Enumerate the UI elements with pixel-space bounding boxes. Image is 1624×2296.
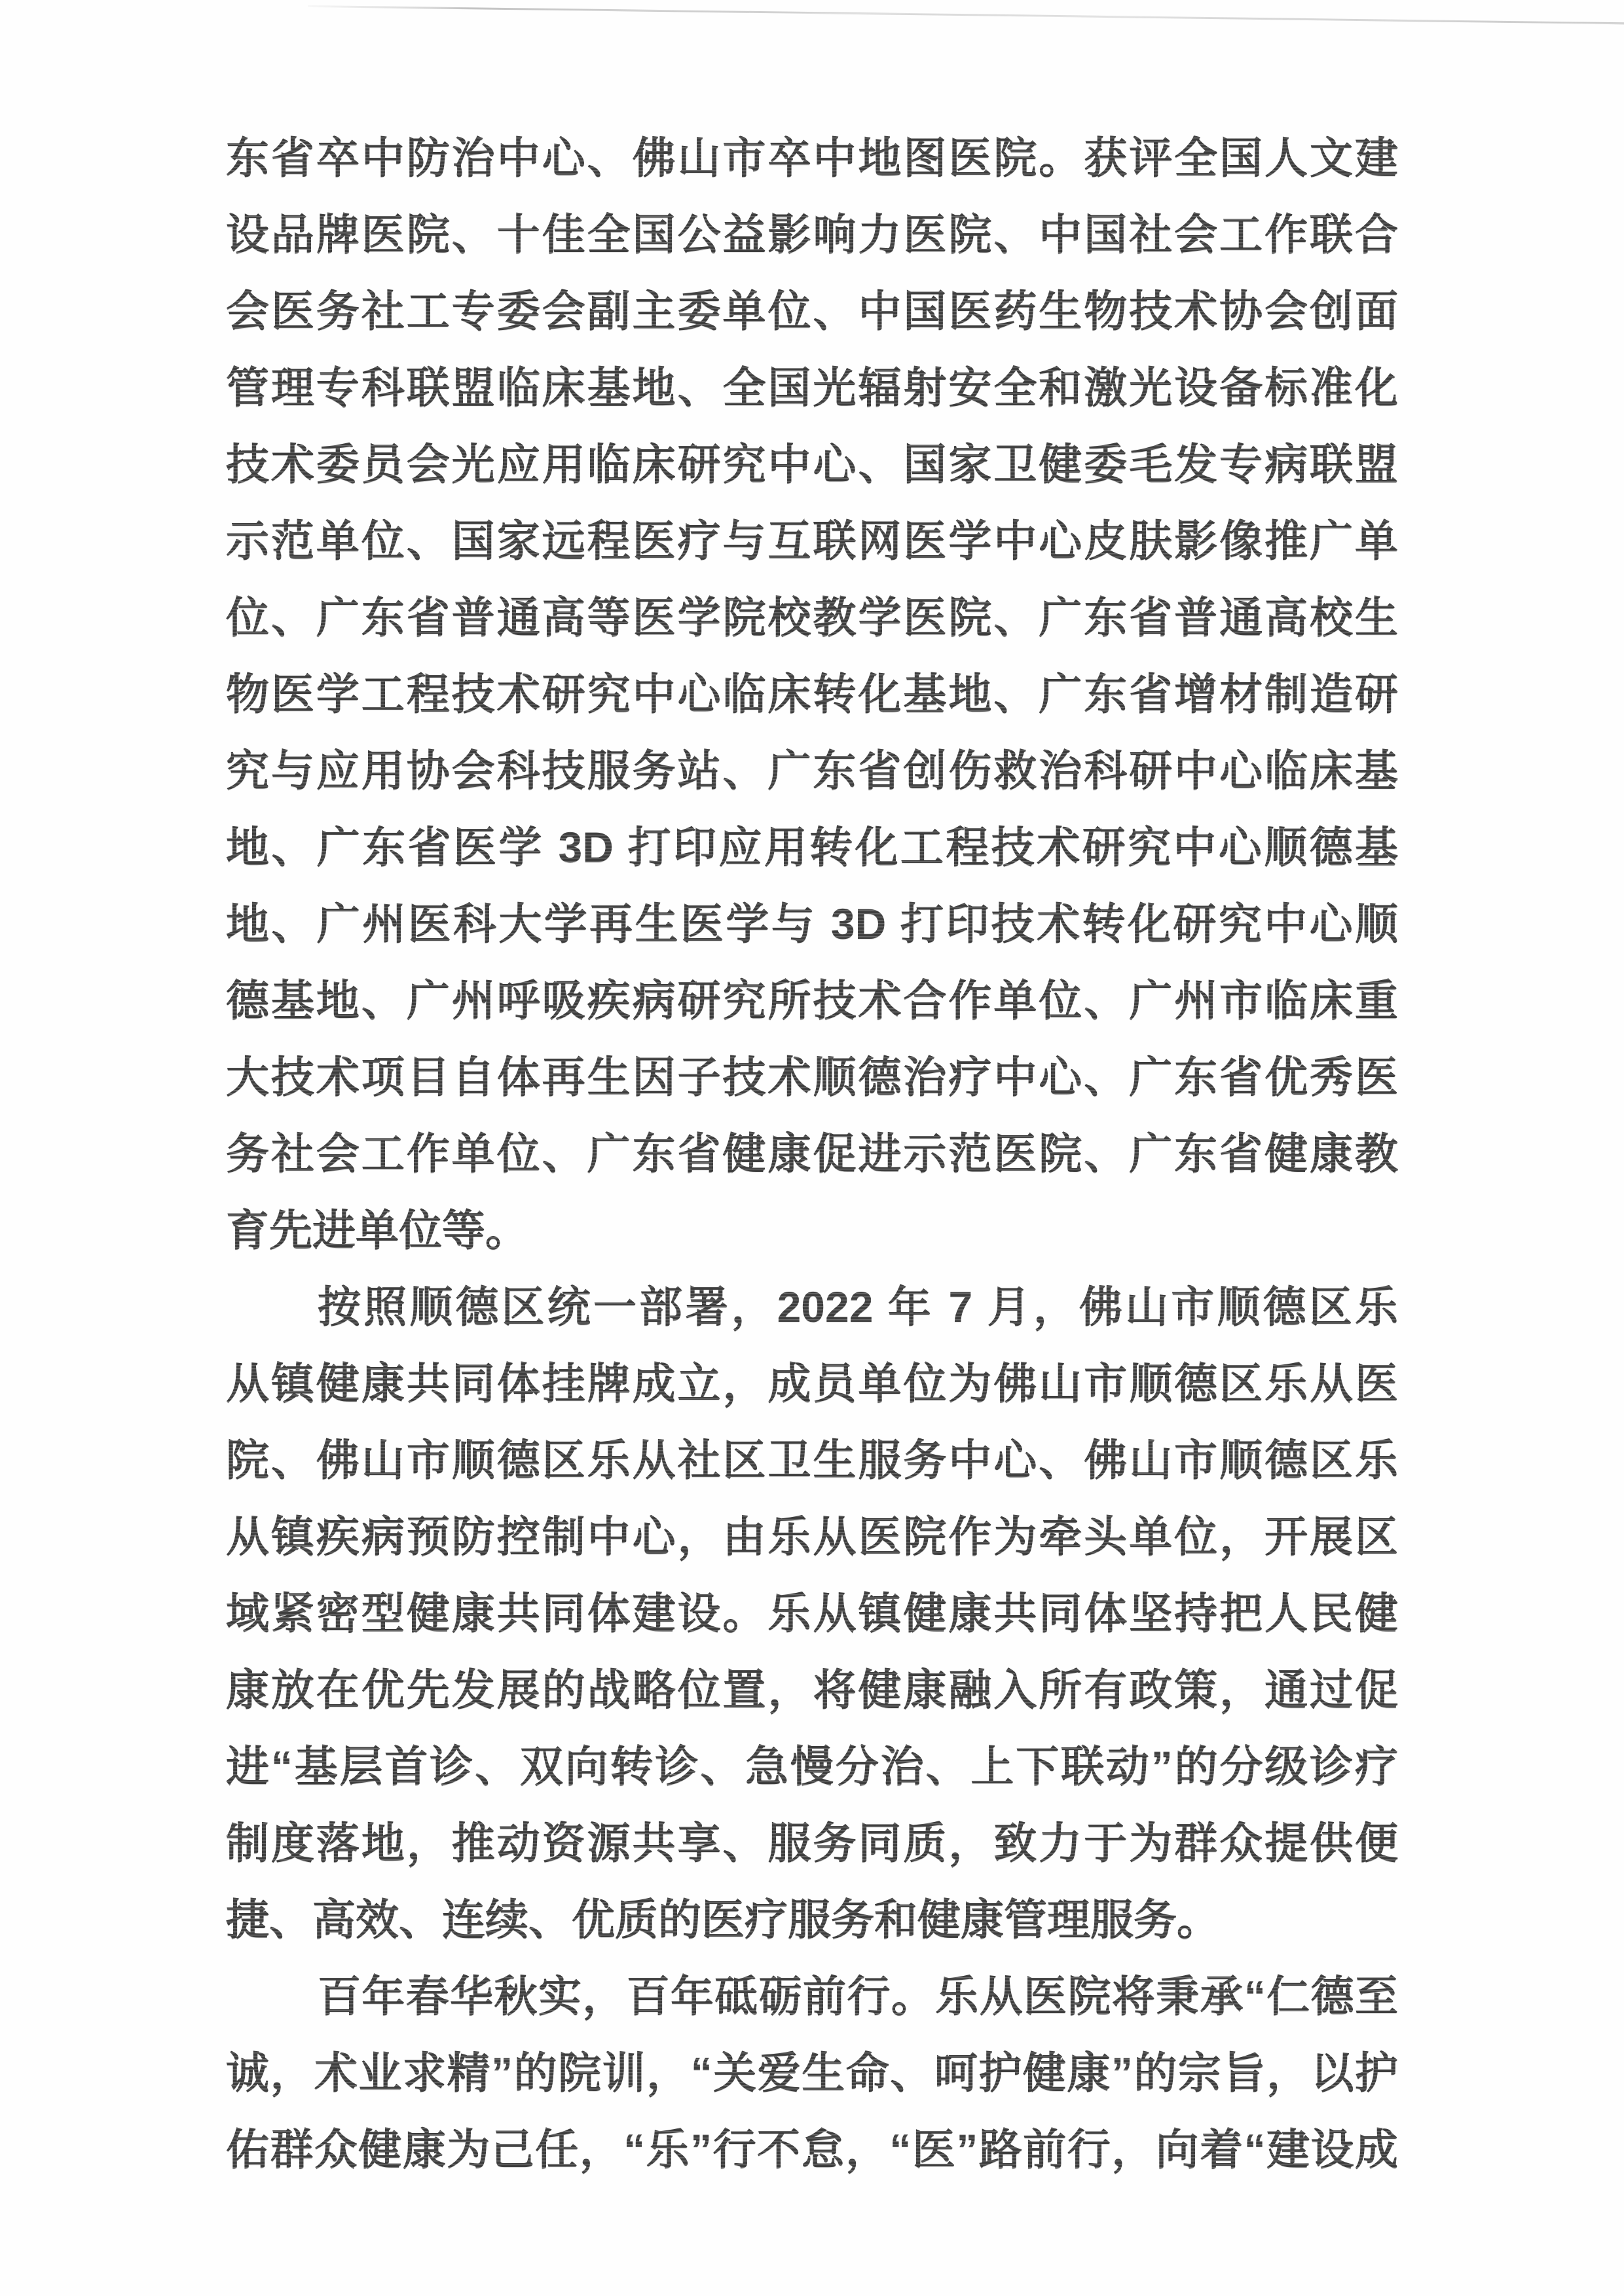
text-line: 地、广州医科大学再生医学与 3D 打印技术转化研究中心顺 bbox=[226, 886, 1398, 962]
text-line: 德基地、广州呼吸疾病研究所技术合作单位、广州市临床重 bbox=[226, 962, 1398, 1039]
text-line: 域紧密型健康共同体建设。乐从镇健康共同体坚持把人民健 bbox=[226, 1575, 1398, 1652]
text-line: 会医务社工专委会副主委单位、中国医药生物技术协会创面 bbox=[226, 273, 1398, 350]
text-line: 究与应用协会科技服务站、广东省创伤救治科研中心临床基 bbox=[226, 733, 1398, 809]
text-line: 从镇健康共同体挂牌成立，成员单位为佛山市顺德区乐从医 bbox=[226, 1345, 1398, 1422]
text-line: 东省卒中防治中心、佛山市卒中地图医院。获评全国人文建 bbox=[226, 120, 1398, 196]
text-line: 进“基层首诊、双向转诊、急慢分治、上下联动”的分级诊疗 bbox=[226, 1728, 1398, 1805]
text-line: 物医学工程技术研究中心临床转化基地、广东省增材制造研 bbox=[226, 656, 1398, 733]
text-line: 百年春华秋实，百年砥砺前行。乐从医院将秉承“仁德至 bbox=[226, 1958, 1398, 2035]
text-line: 佑群众健康为己任，“乐”行不怠，“医”路前行，向着“建设成 bbox=[226, 2111, 1398, 2188]
text-line: 康放在优先发展的战略位置，将健康融入所有政策，通过促 bbox=[226, 1652, 1398, 1728]
text-line: 诚，术业求精”的院训，“关爱生命、呵护健康”的宗旨，以护 bbox=[226, 2035, 1398, 2111]
text-line: 管理专科联盟临床基地、全国光辐射安全和激光设备标准化 bbox=[226, 350, 1398, 426]
document-text-block: 东省卒中防治中心、佛山市卒中地图医院。获评全国人文建 设品牌医院、十佳全国公益影… bbox=[226, 120, 1398, 2188]
text-line: 按照顺德区统一部署，2022 年 7 月，佛山市顺德区乐 bbox=[226, 1269, 1398, 1345]
text-line: 大技术项目自体再生因子技术顺德治疗中心、广东省优秀医 bbox=[226, 1039, 1398, 1116]
text-line: 制度落地，推动资源共享、服务同质，致力于为群众提供便 bbox=[226, 1805, 1398, 1882]
text-line: 院、佛山市顺德区乐从社区卫生服务中心、佛山市顺德区乐 bbox=[226, 1422, 1398, 1499]
text-line: 务社会工作单位、广东省健康促进示范医院、广东省健康教 bbox=[226, 1116, 1398, 1192]
text-line: 技术委员会光应用临床研究中心、国家卫健委毛发专病联盟 bbox=[226, 426, 1398, 503]
text-line: 从镇疾病预防控制中心，由乐从医院作为牵头单位，开展区 bbox=[226, 1499, 1398, 1575]
text-line: 位、广东省普通高等医学院校教学医院、广东省普通高校生 bbox=[226, 579, 1398, 656]
text-line: 地、广东省医学 3D 打印应用转化工程技术研究中心顺德基 bbox=[226, 809, 1398, 886]
text-line: 捷、高效、连续、优质的医疗服务和健康管理服务。 bbox=[226, 1882, 1398, 1958]
text-line: 育先进单位等。 bbox=[226, 1192, 1398, 1269]
document-page: 东省卒中防治中心、佛山市卒中地图医院。获评全国人文建 设品牌医院、十佳全国公益影… bbox=[0, 0, 1624, 2296]
text-line: 示范单位、国家远程医疗与互联网医学中心皮肤影像推广单 bbox=[226, 503, 1398, 579]
text-line: 设品牌医院、十佳全国公益影响力医院、中国社会工作联合 bbox=[226, 196, 1398, 273]
scan-artifact-line bbox=[308, 5, 1624, 25]
